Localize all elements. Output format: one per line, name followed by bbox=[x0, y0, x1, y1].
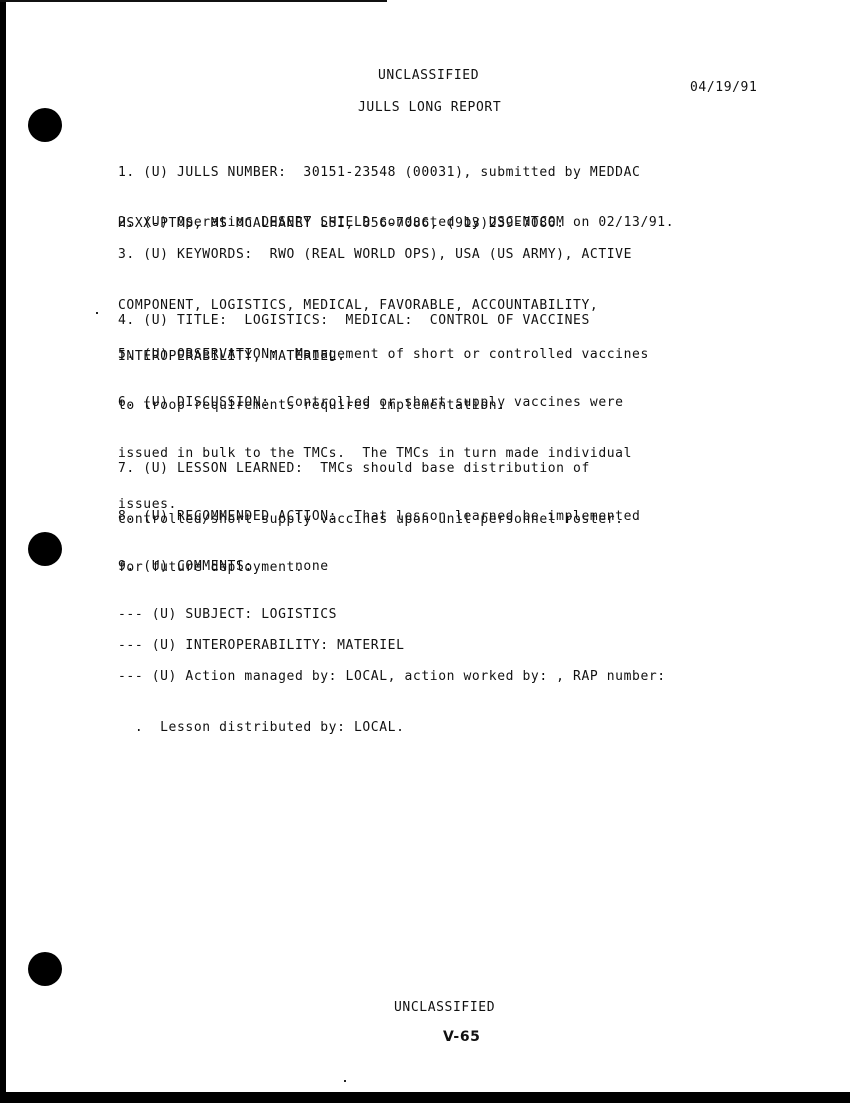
punch-hole-icon bbox=[28, 532, 62, 566]
header-classification: UNCLASSIFIED bbox=[378, 68, 479, 84]
annotation-action: --- (U) Action managed by: LOCAL, action… bbox=[118, 634, 768, 770]
page-number: V-65 bbox=[443, 1029, 481, 1045]
scan-speck bbox=[344, 1080, 346, 1082]
report-title: JULLS LONG REPORT bbox=[358, 100, 501, 116]
report-date: 04/19/91 bbox=[690, 80, 757, 96]
footer-classification: UNCLASSIFIED bbox=[394, 1000, 495, 1016]
punch-hole-icon bbox=[28, 952, 62, 986]
scan-speck bbox=[96, 312, 98, 314]
document-page: UNCLASSIFIED 04/19/91 JULLS LONG REPORT … bbox=[0, 0, 850, 1103]
punch-hole-icon bbox=[28, 108, 62, 142]
scan-edge-left bbox=[0, 0, 6, 1103]
scan-edge-bottom bbox=[0, 1092, 850, 1103]
scan-edge-top bbox=[0, 0, 387, 2]
